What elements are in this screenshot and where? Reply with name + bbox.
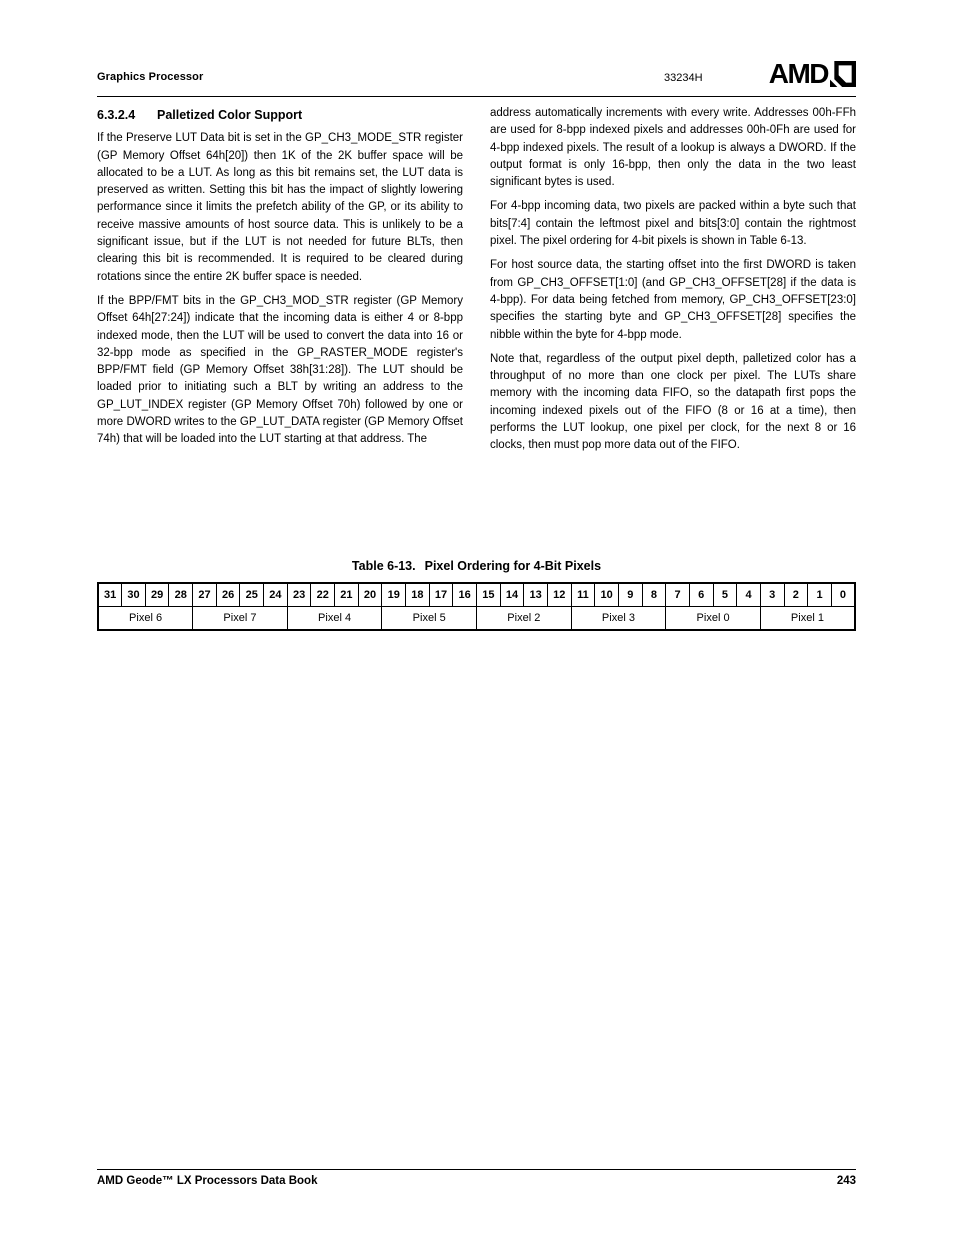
bit-cell: 24 bbox=[264, 583, 288, 607]
bit-cell: 31 bbox=[98, 583, 122, 607]
bit-cell: 21 bbox=[335, 583, 359, 607]
header-doc-number: 33234H bbox=[664, 72, 703, 84]
section-heading: 6.3.2.4Palletized Color Support bbox=[97, 107, 463, 124]
paragraph: For 4-bpp incoming data, two pixels are … bbox=[490, 198, 856, 250]
bit-cell: 5 bbox=[713, 583, 737, 607]
bit-cell: 15 bbox=[477, 583, 501, 607]
section-number: 6.3.2.4 bbox=[97, 107, 140, 124]
bit-cell: 6 bbox=[689, 583, 713, 607]
footer-rule bbox=[97, 1169, 856, 1170]
bit-cell: 14 bbox=[500, 583, 524, 607]
bit-cell: 29 bbox=[145, 583, 169, 607]
pixel-cell: Pixel 4 bbox=[287, 607, 382, 631]
bit-cell: 16 bbox=[453, 583, 477, 607]
bit-cell: 27 bbox=[193, 583, 217, 607]
section-title: Palletized Color Support bbox=[157, 108, 302, 122]
bit-cell: 25 bbox=[240, 583, 264, 607]
paragraph: address automatically increments with ev… bbox=[490, 105, 856, 191]
table-caption-title: Pixel Ordering for 4-Bit Pixels bbox=[425, 559, 601, 573]
bit-cell: 22 bbox=[311, 583, 335, 607]
table-caption: Table 6-13.Pixel Ordering for 4-Bit Pixe… bbox=[97, 559, 856, 573]
bit-cell: 20 bbox=[358, 583, 382, 607]
pixel-cell: Pixel 1 bbox=[760, 607, 855, 631]
bit-cell: 0 bbox=[831, 583, 855, 607]
pixel-cell: Pixel 0 bbox=[666, 607, 761, 631]
bit-cell: 3 bbox=[760, 583, 784, 607]
left-column: 6.3.2.4Palletized Color Support If the P… bbox=[97, 105, 463, 462]
amd-logo-text: AMD bbox=[769, 61, 828, 87]
body-columns: 6.3.2.4Palletized Color Support If the P… bbox=[97, 105, 856, 462]
pixel-cell: Pixel 3 bbox=[571, 607, 666, 631]
pixel-cell: Pixel 7 bbox=[193, 607, 288, 631]
paragraph: If the Preserve LUT Data bit is set in t… bbox=[97, 130, 463, 286]
pixel-cell: Pixel 5 bbox=[382, 607, 477, 631]
bit-cell: 26 bbox=[216, 583, 240, 607]
bit-cell: 7 bbox=[666, 583, 690, 607]
amd-arrow-icon bbox=[830, 61, 856, 87]
bit-cell: 1 bbox=[808, 583, 832, 607]
bit-cell: 19 bbox=[382, 583, 406, 607]
header-rule bbox=[97, 96, 856, 97]
bit-cell: 8 bbox=[642, 583, 666, 607]
bit-cell: 17 bbox=[429, 583, 453, 607]
bit-cell: 28 bbox=[169, 583, 193, 607]
pixel-cell: Pixel 2 bbox=[477, 607, 572, 631]
footer-book-title: AMD Geode™ LX Processors Data Book bbox=[97, 1175, 317, 1187]
footer-page-number: 243 bbox=[837, 1175, 856, 1187]
table-caption-label: Table 6-13. bbox=[352, 559, 416, 573]
bit-cell: 11 bbox=[571, 583, 595, 607]
bit-cell: 23 bbox=[287, 583, 311, 607]
amd-logo: AMD bbox=[769, 61, 856, 87]
bit-cell: 10 bbox=[595, 583, 619, 607]
pixel-label-row: Pixel 6 Pixel 7 Pixel 4 Pixel 5 Pixel 2 … bbox=[98, 607, 855, 631]
bit-cell: 12 bbox=[547, 583, 571, 607]
pixel-ordering-table: 31 30 29 28 27 26 25 24 23 22 21 20 19 1… bbox=[97, 582, 856, 631]
right-column: address automatically increments with ev… bbox=[490, 105, 856, 462]
paragraph: If the BPP/FMT bits in the GP_CH3_MOD_ST… bbox=[97, 293, 463, 449]
header-section-title: Graphics Processor bbox=[97, 71, 203, 83]
bit-cell: 13 bbox=[524, 583, 548, 607]
bit-cell: 30 bbox=[122, 583, 146, 607]
paragraph: Note that, regardless of the output pixe… bbox=[490, 351, 856, 455]
pixel-cell: Pixel 6 bbox=[98, 607, 193, 631]
bit-cell: 9 bbox=[618, 583, 642, 607]
document-page: Graphics Processor 33234H AMD 6.3.2.4Pal… bbox=[0, 0, 954, 1235]
bit-cell: 2 bbox=[784, 583, 808, 607]
bit-cell: 4 bbox=[737, 583, 761, 607]
bit-number-row: 31 30 29 28 27 26 25 24 23 22 21 20 19 1… bbox=[98, 583, 855, 607]
bit-cell: 18 bbox=[406, 583, 430, 607]
paragraph: For host source data, the starting offse… bbox=[490, 257, 856, 343]
